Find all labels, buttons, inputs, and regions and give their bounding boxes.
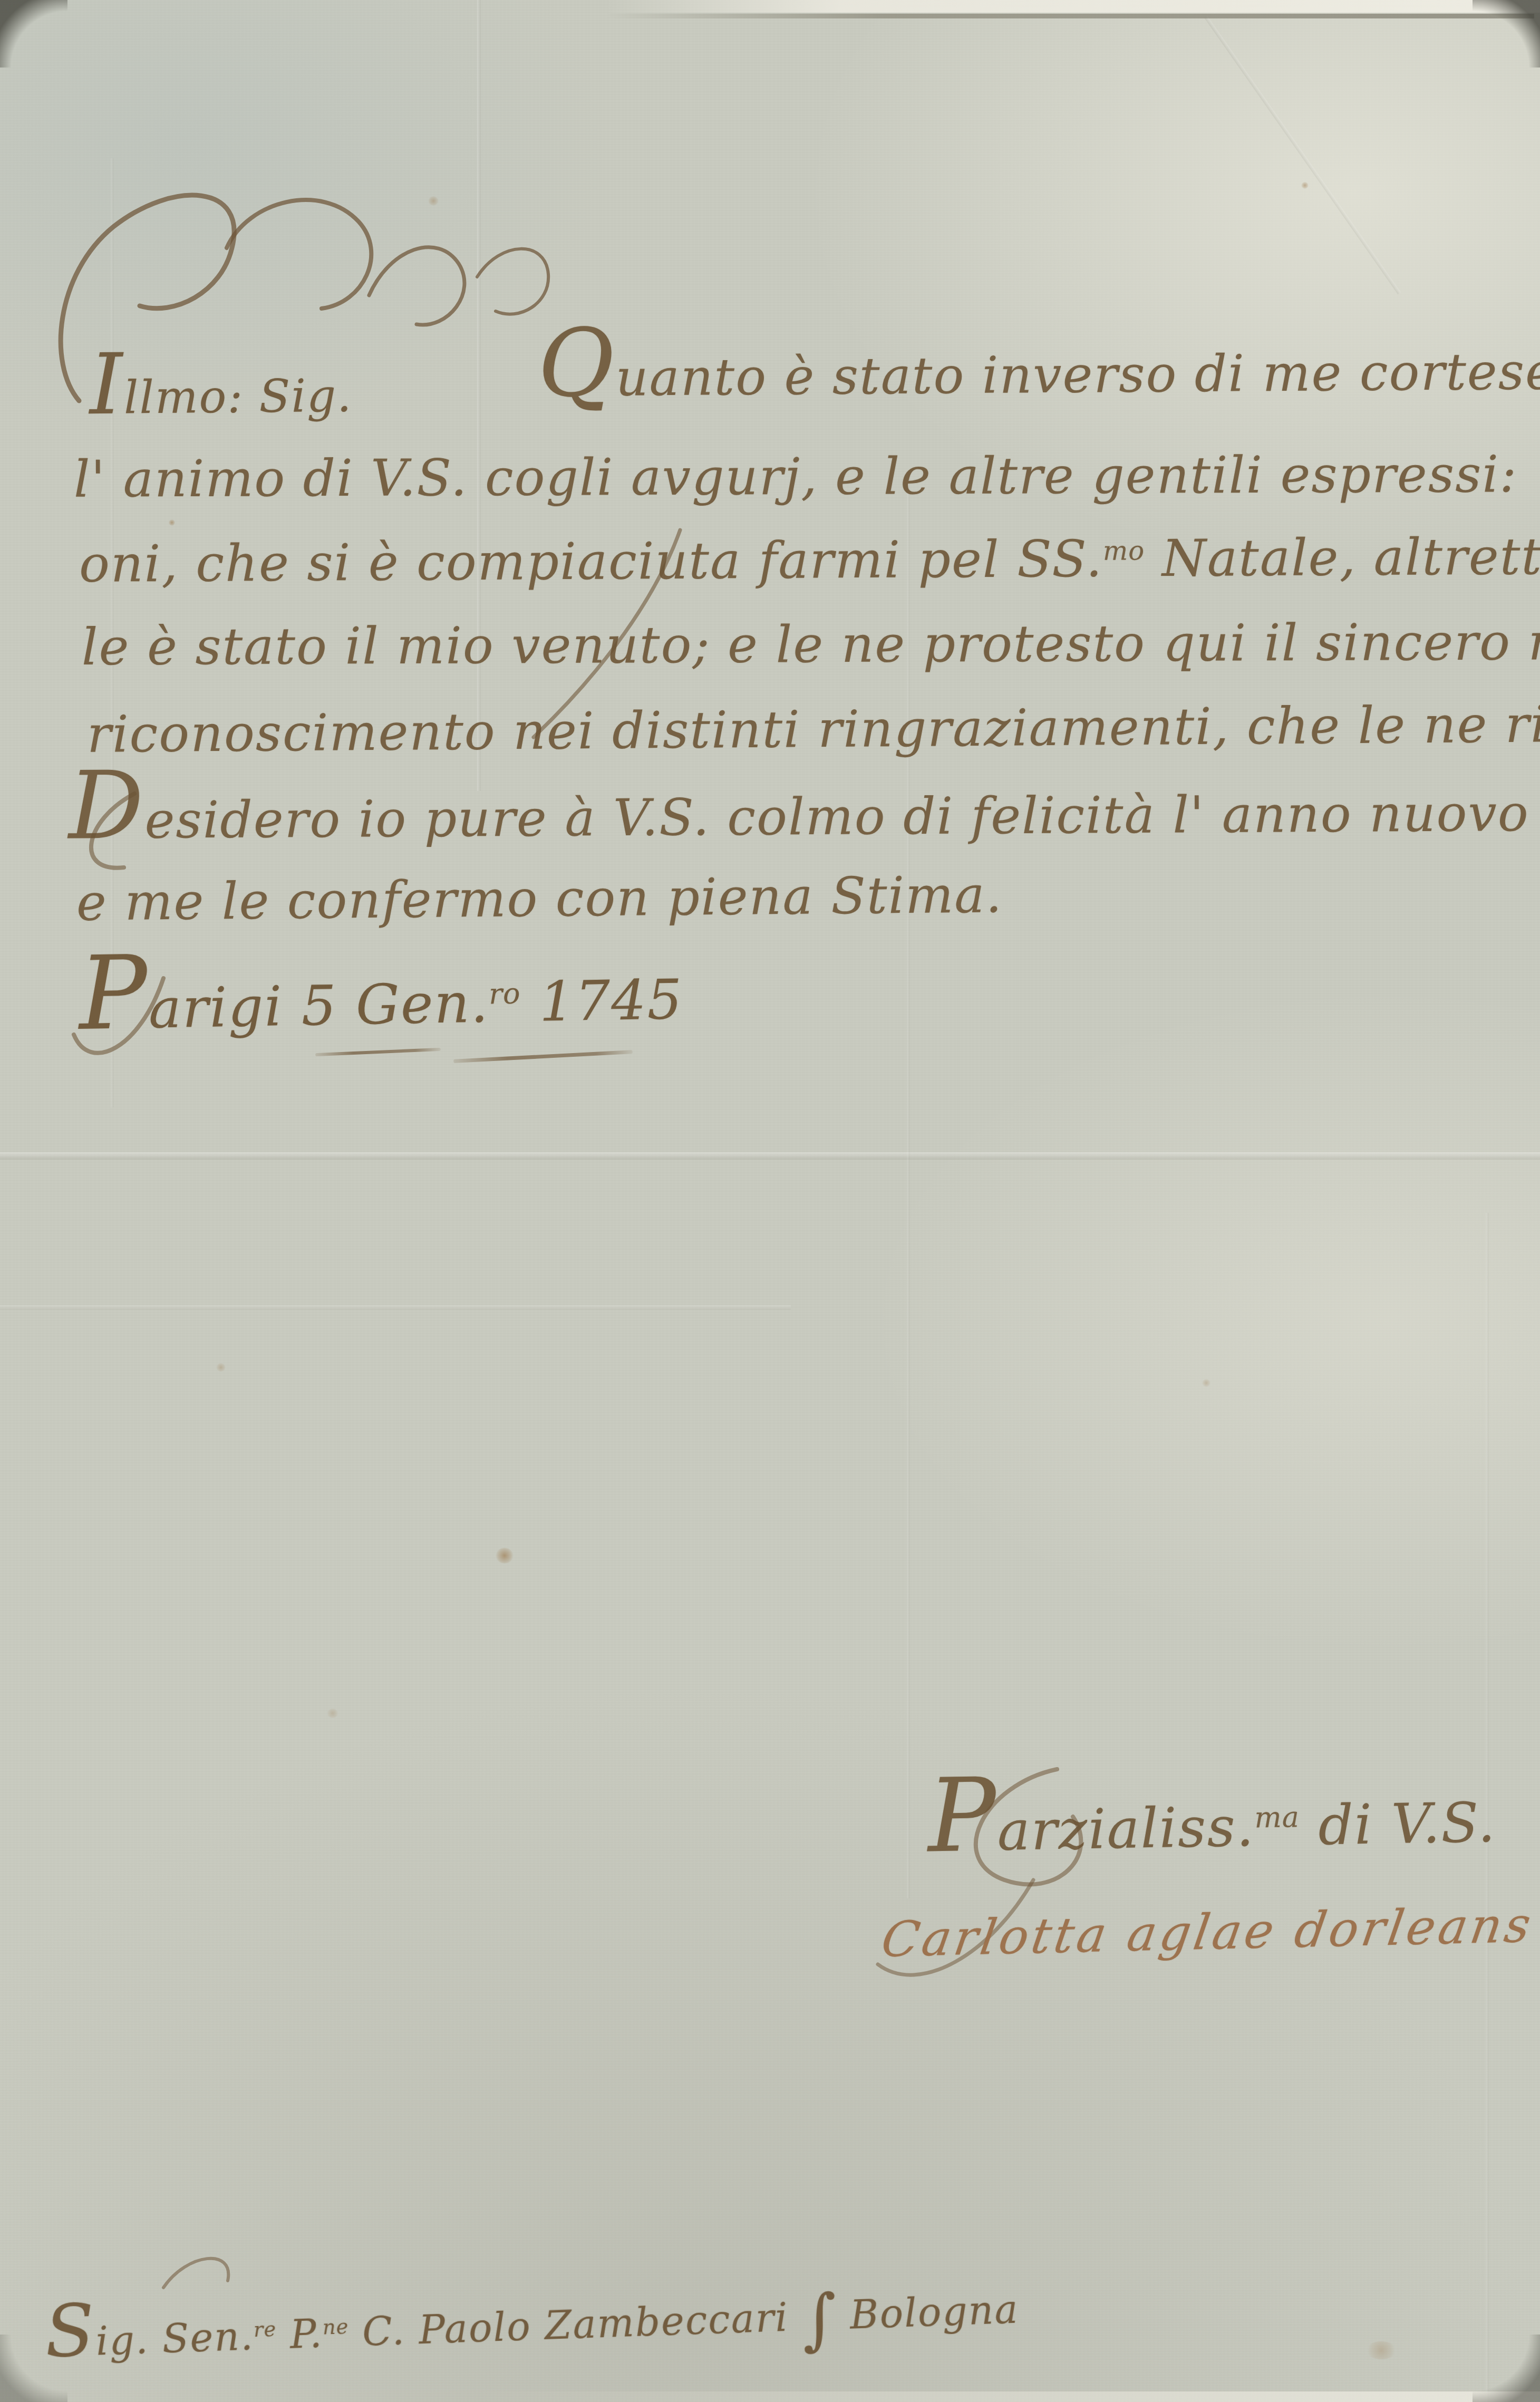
address-city: Bologna xyxy=(836,2287,1020,2339)
foxing-spot xyxy=(1365,2341,1397,2359)
signature: Carlotta aglae dorleans xyxy=(878,1897,1537,1968)
horizontal-fold-crease-secondary xyxy=(0,1305,791,1310)
body-line-2: l' animo di V.S. cogli avgurj, e le altr… xyxy=(74,445,1518,509)
foxing-spot xyxy=(327,1709,338,1718)
address-line: Sig. Sen.re P.ne C. Paolo Zambeccari ∫ B… xyxy=(44,2261,1020,2372)
body-line-5: riconoscimento nei distinti ringraziamen… xyxy=(87,693,1540,764)
photo-corner-shadow xyxy=(1473,0,1540,67)
foxing-spot xyxy=(496,1548,514,1564)
address-recipient-title: Sig. Sen. xyxy=(44,2303,255,2366)
body-line-6: Desidero io pure à V.S. colmo di felicit… xyxy=(69,770,1540,851)
foxing-spot xyxy=(428,196,439,206)
dateline-superscript: ro xyxy=(489,977,521,1011)
address-recipient-name: C. Paolo Zambeccari xyxy=(348,2294,802,2356)
body-line-7: e me le confermo con piena Stima. xyxy=(76,865,1003,932)
date-underline-stroke xyxy=(315,1048,441,1056)
foxing-spot xyxy=(169,519,175,526)
closing-formula: Parzialiss.ma di V.S. xyxy=(927,1777,1497,1865)
paper-edge-highlight-top xyxy=(606,0,1540,13)
closing-superscript: ma xyxy=(1254,1801,1300,1835)
address-superscript-2: ne xyxy=(322,2315,349,2340)
manuscript-letter-page: Illmo: Sig. Quanto è stato inverso di me… xyxy=(0,0,1540,2402)
body-line-3-text: oni, che si è compiaciuta farmi pel SS. xyxy=(79,529,1103,594)
dateline-year: 1745 xyxy=(520,967,684,1034)
diagonal-crease xyxy=(1204,16,1401,294)
foxing-spot xyxy=(1202,1379,1210,1387)
body-line-3-text-cont: Natale, altrettanto xyxy=(1145,526,1540,588)
closing-text: Parzialiss. xyxy=(927,1781,1255,1865)
address-separator-flourish: ∫ xyxy=(801,2279,838,2358)
foxing-spot xyxy=(216,1363,226,1372)
paper-edge-shadow-top xyxy=(606,14,1534,18)
body-line-3-superscript: mo xyxy=(1103,535,1145,566)
vertical-crease xyxy=(907,475,910,1898)
photo-corner-shadow xyxy=(0,0,67,67)
address-title-mid: P. xyxy=(276,2311,324,2358)
year-underline-stroke xyxy=(453,1050,633,1063)
dateline-place-day: Parigi 5 Gen. xyxy=(79,957,490,1042)
address-superscript-1: re xyxy=(253,2318,277,2342)
body-line-4: le è stato il mio venuto; e le ne protes… xyxy=(82,612,1540,677)
paper-edge-highlight-bottom xyxy=(474,2391,1540,2402)
body-line-3: oni, che si è compiaciuta farmi pel SS.m… xyxy=(79,526,1540,594)
dateline: Parigi 5 Gen.ro 1745 xyxy=(79,953,684,1042)
salutation-text: Illmo: Sig. xyxy=(89,358,352,425)
foxing-spot xyxy=(1301,182,1309,189)
photo-corner-shadow xyxy=(1473,2335,1540,2402)
closing-text-cont: di V.S. xyxy=(1299,1790,1497,1858)
body-line-1: Quanto è stato inverso di me cortese xyxy=(538,329,1540,408)
horizontal-fold-crease xyxy=(0,1152,1540,1160)
